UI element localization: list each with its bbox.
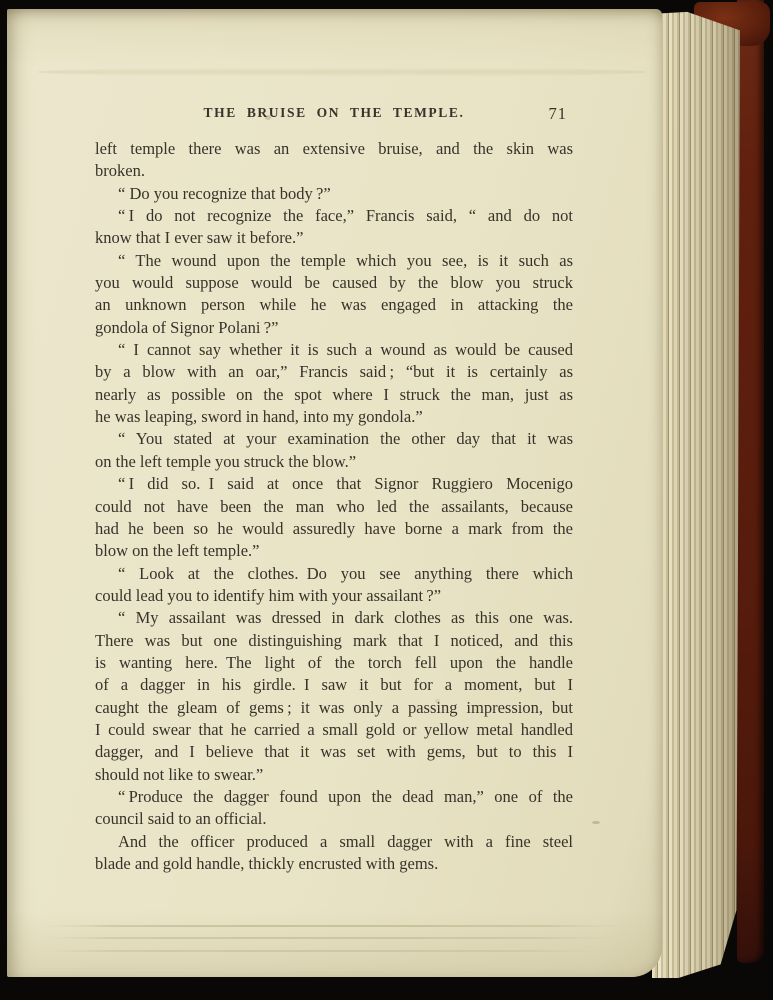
text-line: “ My assailant was dressed in dark cloth… xyxy=(95,607,573,629)
text-line: “ You stated at your examination the oth… xyxy=(95,428,573,450)
photo-of-book: { "book_page": { "header": { "title": "T… xyxy=(0,0,773,1000)
paragraph: “ The wound upon the temple which you se… xyxy=(95,250,573,339)
text-line: could lead you to identify him with your… xyxy=(95,585,573,607)
text-line: he was leaping, sword in hand, into my g… xyxy=(95,406,573,428)
paragraph: “ Do you recognize that body ?” xyxy=(95,183,573,205)
text-line: “ Produce the dagger found upon the dead… xyxy=(95,786,573,808)
text-line: I could swear that he carried a small go… xyxy=(95,719,573,741)
chapter-running-title: THE BRUISE ON THE TEMPLE. xyxy=(95,105,573,121)
text-line: There was but one distinguishing mark th… xyxy=(95,630,573,652)
text-line: gondola of Signor Polani ?” xyxy=(95,317,573,339)
paragraph: “ You stated at your examination the oth… xyxy=(95,428,573,473)
text-line: “ The wound upon the temple which you se… xyxy=(95,250,573,272)
paper-crease xyxy=(37,950,612,952)
book-cover-spine-strip xyxy=(737,0,764,963)
text-line: you would suppose would be caused by the… xyxy=(95,272,573,294)
paragraph: “ Look at the clothes. Do you see anythi… xyxy=(95,563,573,608)
text-line: left temple there was an extensive bruis… xyxy=(95,138,573,160)
book-page: THE BRUISE ON THE TEMPLE. 71 left temple… xyxy=(7,9,662,977)
text-line: had he been so he would assuredly have b… xyxy=(95,518,573,540)
text-line: could not have been the man who led the … xyxy=(95,496,573,518)
paper-blemish xyxy=(592,821,600,824)
text-line: caught the gleam of gems ; it was only a… xyxy=(95,697,573,719)
text-line: “ I cannot say whether it is such a woun… xyxy=(95,339,573,361)
paragraph: “ I cannot say whether it is such a woun… xyxy=(95,339,573,428)
text-line: by a blow with an oar,” Francis said ; “… xyxy=(95,361,573,383)
text-line: council said to an official. xyxy=(95,808,573,830)
text-line: nearly as possible on the spot where I s… xyxy=(95,384,573,406)
paragraph: “ Produce the dagger found upon the dead… xyxy=(95,786,573,831)
text-block: left temple there was an extensive bruis… xyxy=(95,138,573,875)
text-line: is wanting here. The light of the torch … xyxy=(95,652,573,674)
text-line: “ I did so. I said at once that Signor R… xyxy=(95,473,573,495)
paper-fold-mark xyxy=(37,67,647,77)
paragraph: “ I did so. I said at once that Signor R… xyxy=(95,473,573,562)
text-line: “ Do you recognize that body ?” xyxy=(95,183,573,205)
text-line: And the officer produced a small dagger … xyxy=(95,831,573,853)
text-line: should not like to swear.” xyxy=(95,764,573,786)
page-number: 71 xyxy=(549,104,568,124)
text-line: blow on the left temple.” xyxy=(95,540,573,562)
paragraph: “ My assailant was dressed in dark cloth… xyxy=(95,607,573,786)
paper-crease xyxy=(37,937,627,939)
page-edge-stack xyxy=(652,9,740,978)
paragraph: left temple there was an extensive bruis… xyxy=(95,138,573,183)
running-header: THE BRUISE ON THE TEMPLE. 71 xyxy=(95,105,573,125)
text-line: blade and gold handle, thickly encrusted… xyxy=(95,853,573,875)
paragraph: And the officer produced a small dagger … xyxy=(95,831,573,876)
text-line: on the left temple you struck the blow.” xyxy=(95,451,573,473)
text-line: dagger, and I believe that it was set wi… xyxy=(95,741,573,763)
text-line: broken. xyxy=(95,160,573,182)
paper-crease xyxy=(37,925,637,927)
paragraph: “ I do not recognize the face,” Francis … xyxy=(95,205,573,250)
text-line: an unknown person while he was engaged i… xyxy=(95,294,573,316)
text-line: “ Look at the clothes. Do you see anythi… xyxy=(95,563,573,585)
text-line: “ I do not recognize the face,” Francis … xyxy=(95,205,573,227)
text-line: of a dagger in his girdle. I saw it but … xyxy=(95,674,573,696)
text-line: know that I ever saw it before.” xyxy=(95,227,573,249)
